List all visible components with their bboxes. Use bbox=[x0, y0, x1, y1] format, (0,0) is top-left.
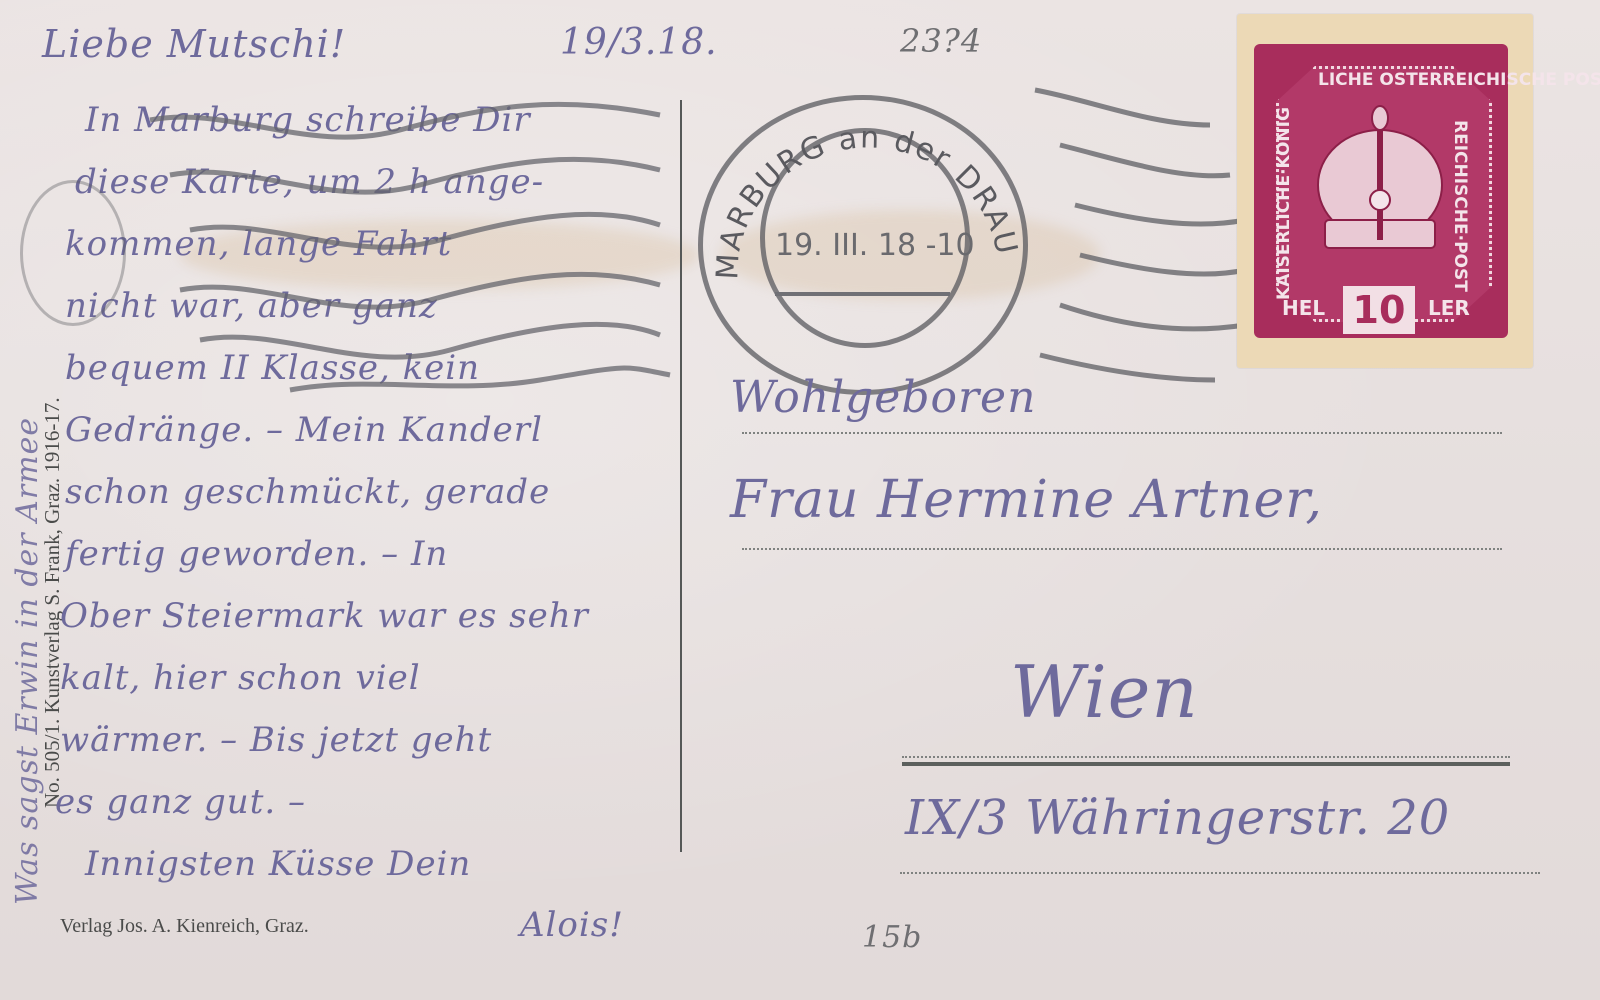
message-line: Gedränge. – Mein Kanderl bbox=[65, 410, 543, 450]
address-line-3-dotted bbox=[902, 756, 1510, 758]
crown-icon bbox=[1305, 100, 1455, 260]
message-line: fertig geworden. – In bbox=[65, 534, 448, 574]
stamp-cancel-lines bbox=[1030, 80, 1250, 390]
signature: Alois! bbox=[520, 905, 624, 945]
stamp-left-text: KAISERLICHE·KONIG bbox=[1274, 107, 1294, 300]
pencil-reference-top: 23?4 bbox=[900, 22, 982, 60]
postmark-date: 19. III. 18 -10 bbox=[775, 228, 975, 263]
publisher-footer: Verlag Jos. A. Kienreich, Graz. bbox=[60, 915, 309, 938]
message-line: Innigsten Küsse Dein bbox=[85, 844, 471, 884]
message-line: Ober Steiermark war es sehr bbox=[60, 596, 589, 636]
message-line: kalt, hier schon viel bbox=[60, 658, 421, 698]
address-city: Wien bbox=[1010, 650, 1199, 734]
stamp-top-text: LICHE OSTERREICHISCHE POST bbox=[1318, 70, 1600, 90]
stamp-unit-left: HEL bbox=[1282, 296, 1325, 320]
pencil-reference-bottom: 15b bbox=[862, 920, 922, 955]
message-line: wärmer. – Bis jetzt geht bbox=[60, 720, 492, 760]
message-date: 19/3.18. bbox=[560, 22, 718, 63]
postmark-bar bbox=[775, 292, 950, 296]
stamp-denomination: 10 bbox=[1343, 286, 1415, 334]
partial-postmark bbox=[20, 180, 126, 326]
address-line-1 bbox=[742, 432, 1502, 434]
salutation: Liebe Mutschi! bbox=[42, 22, 346, 66]
address-street: IX/3 Währingerstr. 20 bbox=[905, 790, 1450, 846]
divider-line bbox=[680, 100, 682, 852]
postcard-back: Was sagst Erwin in der Armee No. 505/1. … bbox=[0, 0, 1600, 1000]
address-recipient: Frau Hermine Artner, bbox=[730, 470, 1323, 530]
cancellation-waves bbox=[140, 95, 680, 405]
message-line: schon geschmückt, gerade bbox=[65, 472, 550, 512]
stamp-unit-right: LER bbox=[1428, 296, 1470, 320]
stamp-right-text: REICHISCHE·POST bbox=[1450, 120, 1470, 292]
address-line-3 bbox=[902, 762, 1510, 766]
address-salutation: Wohlgeboren bbox=[730, 372, 1036, 423]
address-line-2 bbox=[742, 548, 1502, 550]
message-line: es ganz gut. – bbox=[55, 782, 306, 822]
address-line-4 bbox=[900, 872, 1540, 874]
